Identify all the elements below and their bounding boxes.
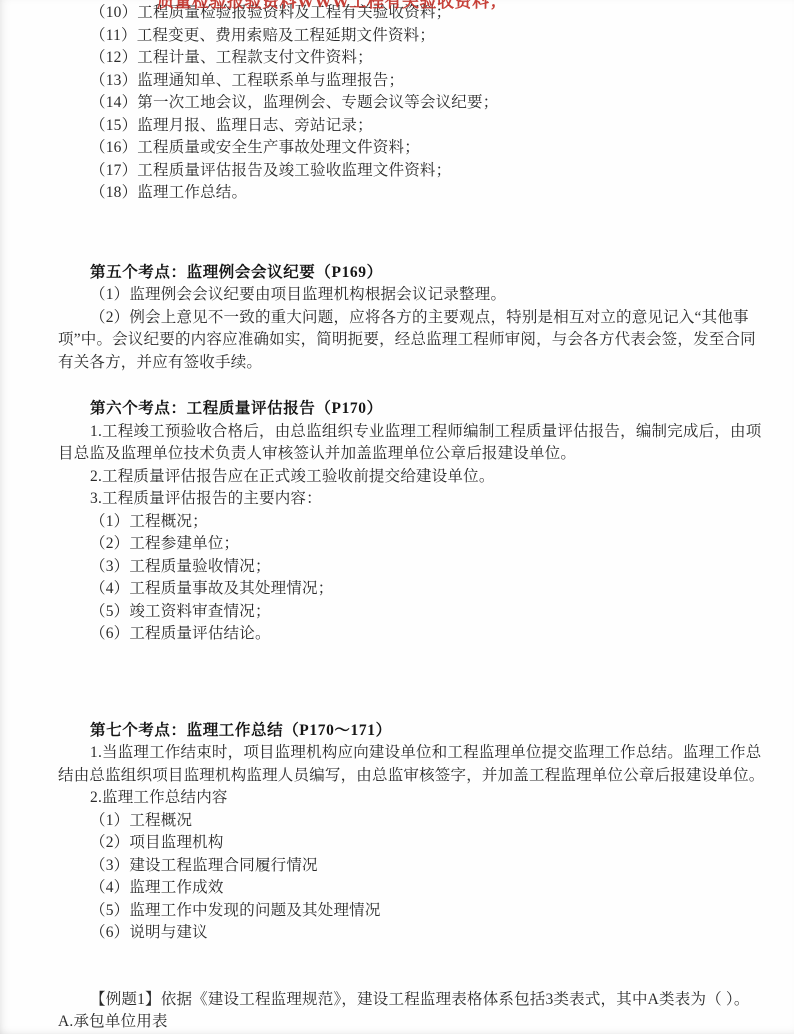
vertical-gap [0,646,794,720]
text-line: （18）监理工作总结。 [0,182,794,205]
text-line: （2）项目监理机构 [0,832,794,855]
text-line: （1）工程概况； [0,511,794,534]
text-line: 2.监理工作总结内容 [0,787,794,810]
text-line: （4）工程质量事故及其处理情况； [0,578,794,601]
vertical-gap [0,374,794,398]
text-line: （11）工程变更、费用索赔及工程延期文件资料； [0,25,794,48]
red-watermark-text-clipped: 质量检验报验资料WWW工程有关验收资料； [157,0,507,12]
text-line: （5）竣工资料审查情况； [0,601,794,624]
text-line: （5）监理工作中发现的问题及其处理情况 [0,900,794,923]
text-line: （6）工程质量评估结论。 [0,623,794,646]
document-page: 质量检验报验资料WWW工程有关验收资料； （10）工程质量检验报验资料及工程有关… [0,0,794,1034]
text-line: A.承包单位用表 [0,1011,794,1034]
text-line: （1）工程概况 [0,810,794,833]
text-line: 3.工程质量评估报告的主要内容： [0,488,794,511]
text-line: 项”中。会议纪要的内容应准确如实，简明扼要，经总监理工程师审阅，与会各方代表会签… [0,329,794,352]
text-line: （3）建设工程监理合同履行情况 [0,855,794,878]
text-line: （6）说明与建议 [0,922,794,945]
text-line: （4）监理工作成效 [0,877,794,900]
section-heading: 第五个考点：监理例会会议纪要（P169） [0,262,794,285]
text-line: （13）监理通知单、工程联系单与监理报告； [0,70,794,93]
text-line: 结由总监组织项目监理机构监理人员编写，由总监审核签字，并加盖工程监理单位公章后报… [0,765,794,788]
text-line: （14）第一次工地会议，监理例会、专题会议等会议纪要； [0,92,794,115]
section-heading: 第六个考点：工程质量评估报告（P170） [0,398,794,421]
text-line: （12）工程计量、工程款支付文件资料； [0,47,794,70]
text-line: （2）工程参建单位； [0,533,794,556]
text-line: 有关各方，并应有签收手续。 [0,352,794,375]
text-line: （15）监理月报、监理日志、旁站记录； [0,115,794,138]
text-line: 1.当监理工作结束时，项目监理机构应向建设单位和工程监理单位提交监理工作总结。监… [0,742,794,765]
text-line: （16）工程质量或安全生产事故处理文件资料； [0,137,794,160]
document-content: （10）工程质量检验报验资料及工程有关验收资料；（11）工程变更、费用索赔及工程… [0,0,794,1034]
text-line: （3）工程质量验收情况； [0,556,794,579]
text-line: 【例题1】依据《建设工程监理规范》，建设工程监理表格体系包括3类表式，其中A类表… [0,989,794,1012]
section-heading: 第七个考点：监理工作总结（P170～171） [0,720,794,743]
text-line: 1.工程竣工预验收合格后，由总监组织专业监理工程师编制工程质量评估报告，编制完成… [0,421,794,444]
text-line: 目总监及监理单位技术负责人审核签认并加盖监理单位公章后报建设单位。 [0,443,794,466]
text-line: （2）例会上意见不一致的重大问题，应将各方的主要观点，特别是相互对立的意见记入“… [0,307,794,330]
text-line: （17）工程质量评估报告及竣工验收监理文件资料； [0,160,794,183]
vertical-gap [0,205,794,262]
text-line: 2.工程质量评估报告应在正式竣工验收前提交给建设单位。 [0,466,794,489]
vertical-gap [0,945,794,989]
text-line: （1）监理例会会议纪要由项目监理机构根据会议记录整理。 [0,284,794,307]
